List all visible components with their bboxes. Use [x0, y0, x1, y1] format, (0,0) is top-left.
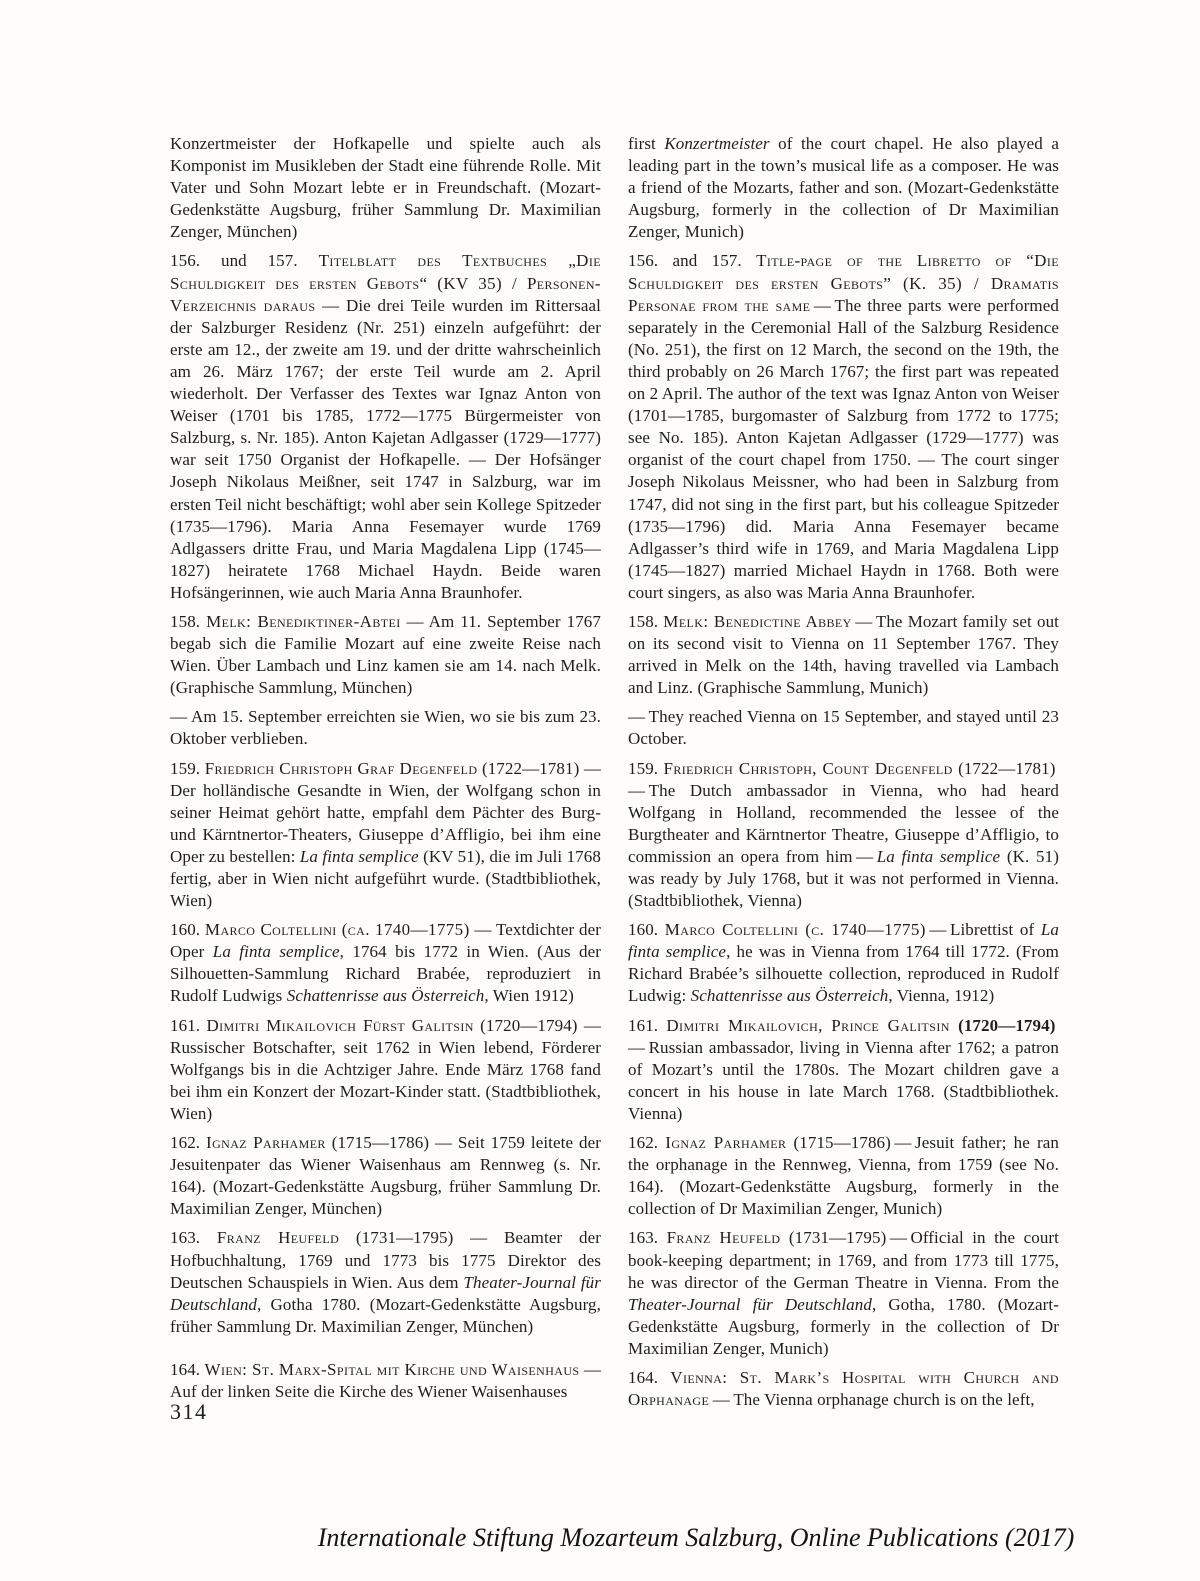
- entry-159-de: 159. Friedrich Christoph Graf Degenfeld …: [170, 758, 601, 913]
- entry-163-en: 163. Franz Heufeld (1731—1795) — Officia…: [628, 1227, 1059, 1360]
- entry-161-de: 161. Dimitri Mikailovich Fürst Galitsin …: [170, 1015, 601, 1125]
- entry-158-en: 158. Melk: Benedictine Abbey — The Mozar…: [628, 611, 1059, 699]
- entry-160-de: 160. Marco Coltellini (ca. 1740—1775) — …: [170, 919, 601, 1007]
- entry-159-en: 159. Friedrich Christoph, Count Degenfel…: [628, 758, 1059, 913]
- paragraph-continuation-en: first Konzertmeister of the court chapel…: [628, 133, 1059, 243]
- entry-160-en: 160. Marco Coltellini (c. 1740—1775) — L…: [628, 919, 1059, 1007]
- two-column-text-block: Konzertmeister der Hofkapelle und spielt…: [170, 133, 1059, 1418]
- entry-164-en: 164. Vienna: St. Mark’s Hospital with Ch…: [628, 1367, 1059, 1411]
- column-english: first Konzertmeister of the court chapel…: [628, 133, 1059, 1418]
- column-german: Konzertmeister der Hofkapelle und spielt…: [170, 133, 601, 1418]
- entry-162-de: 162. Ignaz Parhamer (1715—1786) — Seit 1…: [170, 1132, 601, 1220]
- entry-164-de: 164. Wien: St. Marx-Spital mit Kirche un…: [170, 1359, 601, 1403]
- entry-162-en: 162. Ignaz Parhamer (1715—1786) — Jesuit…: [628, 1132, 1059, 1220]
- entry-156-157-de: 156. und 157. Titelblatt des Textbuches …: [170, 250, 601, 604]
- entry-158-note-de: — Am 15. September erreichten sie Wien, …: [170, 706, 601, 750]
- entry-163-de: 163. Franz Heufeld (1731—1795) — Beamter…: [170, 1227, 601, 1337]
- entry-158-de: 158. Melk: Benediktiner-Abtei — Am 11. S…: [170, 611, 601, 699]
- entry-158-note-en: — They reached Vienna on 15 September, a…: [628, 706, 1059, 750]
- footer-credit: Internationale Stiftung Mozarteum Salzbu…: [0, 1523, 1200, 1553]
- entry-156-157-en: 156. and 157. Title-page of the Libretto…: [628, 250, 1059, 604]
- paragraph-continuation-de: Konzertmeister der Hofkapelle und spielt…: [170, 133, 601, 243]
- page-number: 314: [170, 1399, 208, 1425]
- entry-161-en: 161. Dimitri Mikailovich, Prince Galitsi…: [628, 1015, 1059, 1125]
